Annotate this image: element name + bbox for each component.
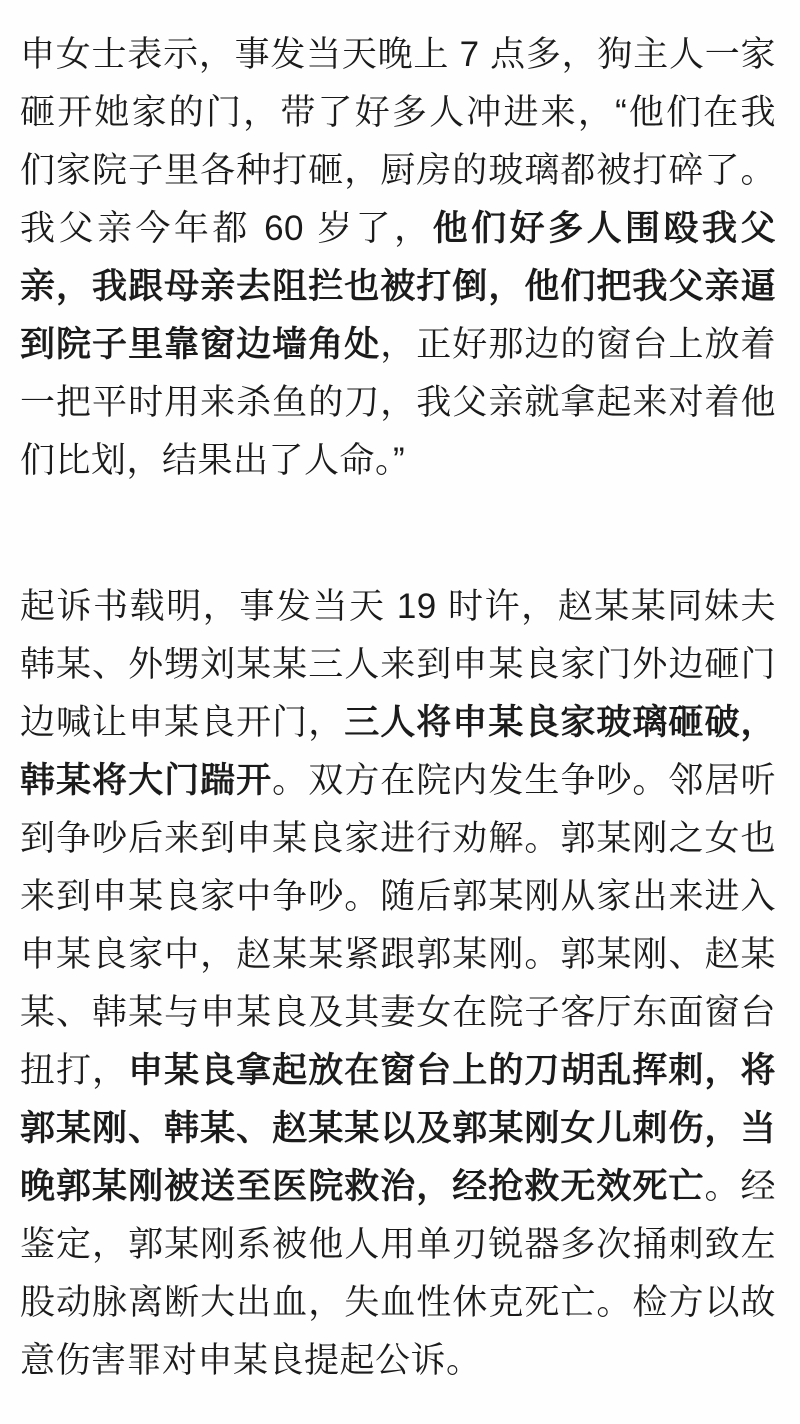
article-page: 申女士表示，事发当天晚上 7 点多，狗主人一家砸开她家的门，带了好多人冲进来，“… [0, 0, 800, 1424]
emphasis-text-2-4: 申某良拿起放在窗台上的刀胡乱挥刺，将郭某刚、韩某、赵某某以及郭某刚女儿刺伤，当晚… [20, 1051, 776, 1206]
witness-statement-paragraph: 申女士表示，事发当天晚上 7 点多，狗主人一家砸开她家的门，带了好多人冲进来，“… [20, 26, 776, 490]
body-text-2-3: 。双方在院内发生争吵。邻居听到争吵后来到申某良家进行劝解。郭某刚之女也来到申某良… [20, 761, 776, 1090]
indictment-paragraph: 起诉书载明，事发当天 19 时许，赵某某同妹夫韩某、外甥刘某某三人来到申某良家门… [20, 578, 776, 1390]
article-body: 申女士表示，事发当天晚上 7 点多，狗主人一家砸开她家的门，带了好多人冲进来，“… [20, 26, 776, 1390]
